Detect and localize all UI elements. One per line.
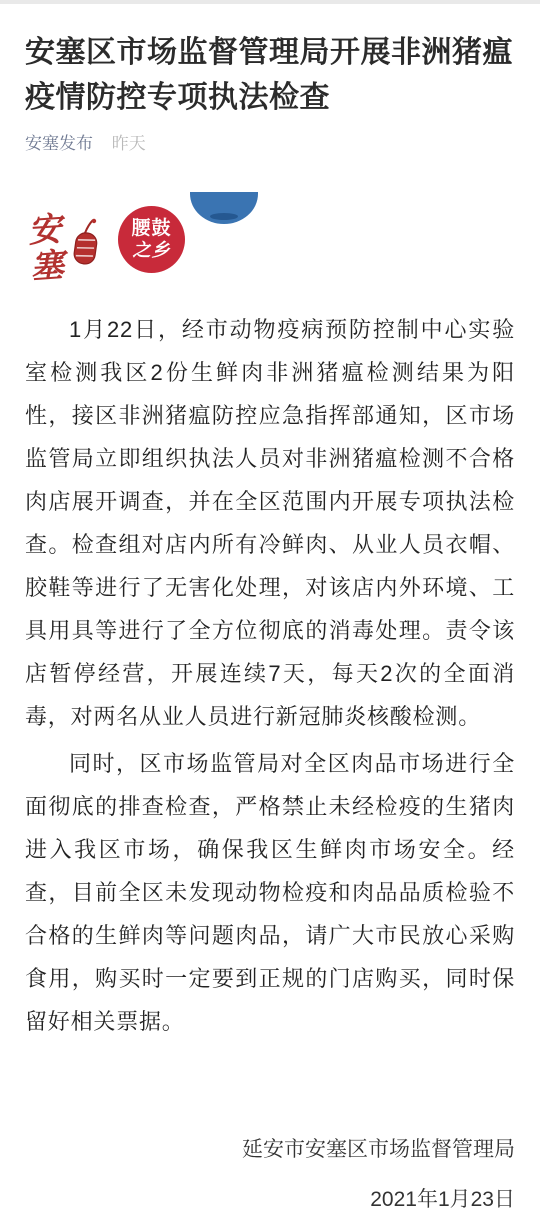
article-title: 安塞区市场监督管理局开展非洲猪瘟疫情防控专项执法检查 bbox=[25, 30, 515, 120]
article-body: 1月22日，经市动物疫病预防控制中心实验室检测我区2份生鲜肉非洲猪瘟检测结果为阳… bbox=[25, 308, 515, 1043]
ansai-calligraphy-text: 安塞 bbox=[26, 211, 67, 285]
header-logo-image: 安塞 腰鼓 之乡 bbox=[25, 190, 515, 294]
signature-block: 延安市安塞区市场监督管理局 2021年1月23日 bbox=[25, 1125, 515, 1228]
account-name-link[interactable]: 安塞发布 bbox=[25, 134, 93, 153]
publish-time: 昨天 bbox=[112, 134, 146, 153]
paragraph-2: 同时，区市场监管局对全区肉品市场进行全面彻底的排查检查，严格禁止未经检疫的生猪肉… bbox=[25, 742, 515, 1043]
signature-organization: 延安市安塞区市场监督管理局 bbox=[25, 1125, 515, 1175]
paragraph-1: 1月22日，经市动物疫病预防控制中心实验室检测我区2份生鲜肉非洲猪瘟检测结果为阳… bbox=[25, 308, 515, 738]
badge-text-line2: 之乡 bbox=[118, 240, 185, 261]
top-edge-divider bbox=[0, 0, 540, 4]
signature-date: 2021年1月23日 bbox=[25, 1175, 515, 1225]
byline: 安塞发布 昨天 bbox=[25, 132, 515, 156]
badge-text-line1: 腰鼓 bbox=[118, 218, 185, 240]
blue-semicircle-logo bbox=[190, 192, 258, 224]
article-page: 安塞区市场监督管理局开展非洲猪瘟疫情防控专项执法检查 安塞发布 昨天 安塞 腰鼓… bbox=[0, 0, 540, 1228]
semicircle-inner-mark bbox=[210, 213, 238, 220]
waist-drum-icon bbox=[69, 218, 103, 268]
yaogu-zhixiang-badge: 腰鼓 之乡 bbox=[118, 206, 185, 273]
